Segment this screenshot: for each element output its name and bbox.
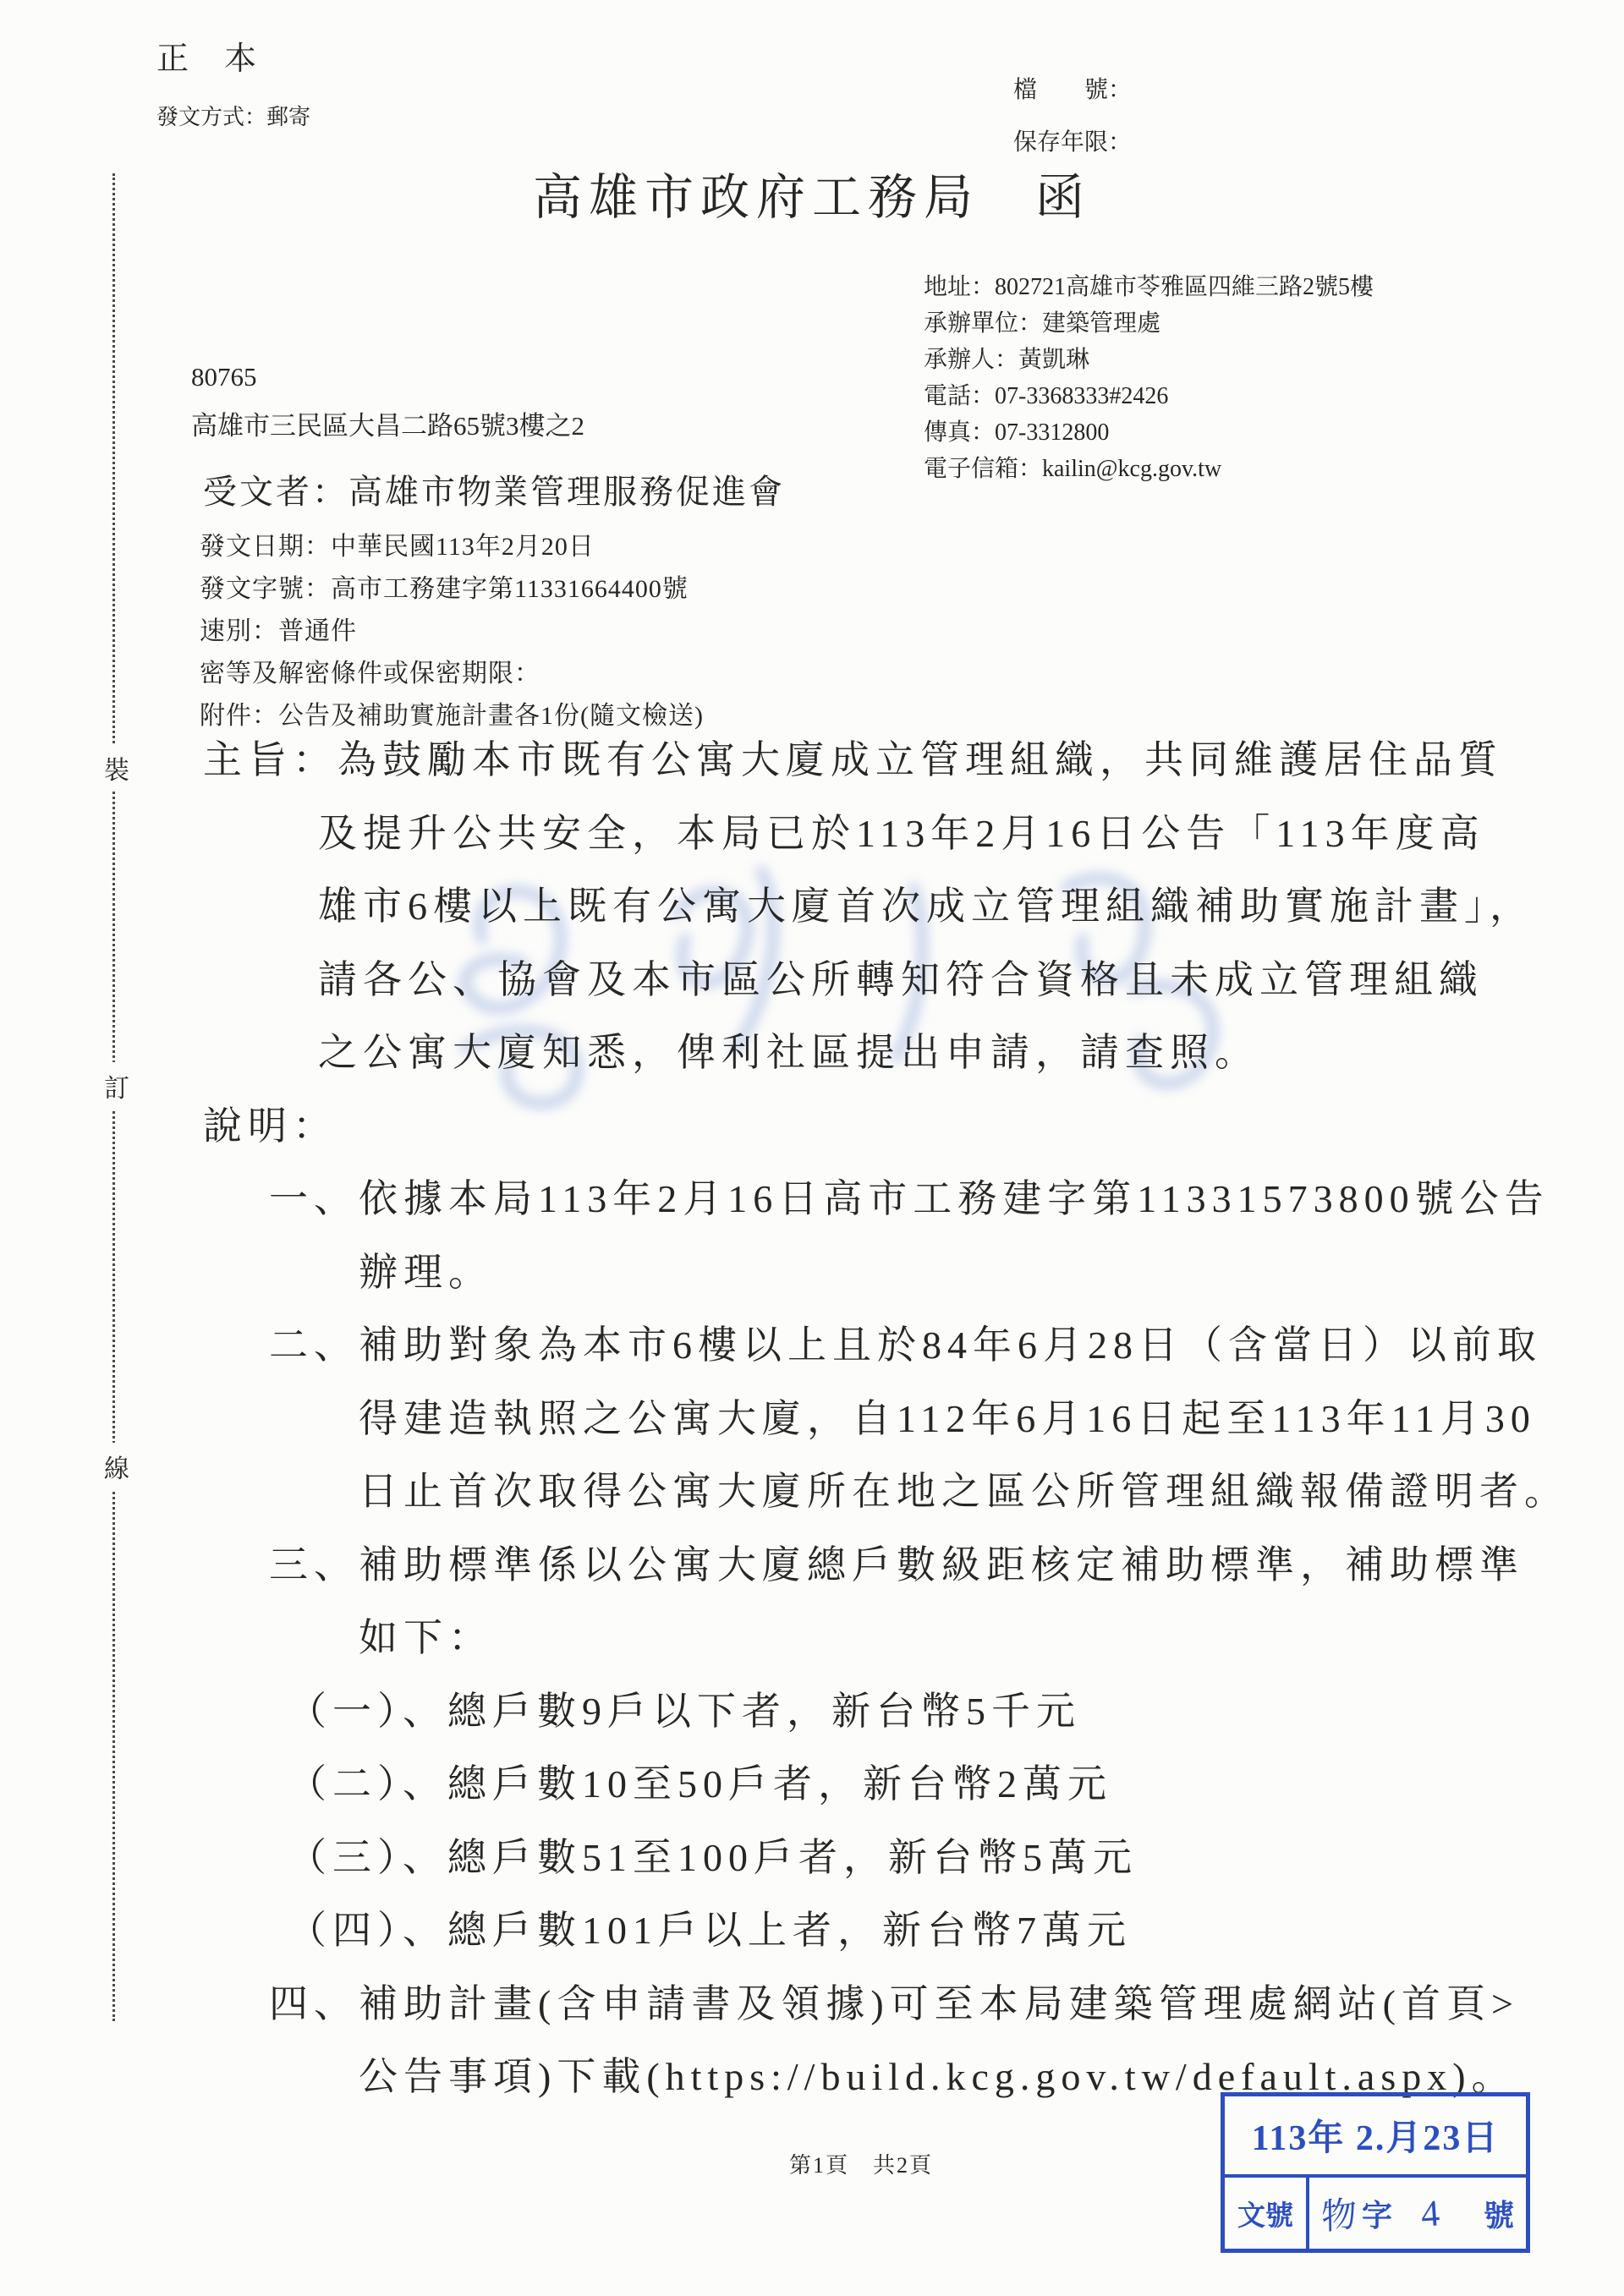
document-title: 高雄市政府工務局 函 [533,157,1091,228]
subject-line: 主旨：為鼓勵本市既有公寓大廈成立管理組織，共同維護居住品質 [0,724,1624,797]
subsidy-tier-2: （二）、總戶數10至50戶者，新台幣2萬元 [0,1748,1624,1822]
stamp-docno-value: 物 字 4 號 [1309,2178,1526,2249]
stamp-number: 4 [1419,2191,1441,2235]
issue-date: 發文日期：中華民國113年2月20日 [200,526,704,568]
retention-period-label: 保存年限： [1013,123,1132,157]
received-date-stamp: 113年 2.月23日 文號 物 字 4 號 [1221,2092,1530,2253]
stamp-date: 113年 2.月23日 [1225,2096,1526,2178]
page-number: 第1頁 共2頁 [789,2148,933,2179]
stamp-docno-label: 文號 [1225,2178,1309,2249]
sender-fax: 傳真：07-3312800 [924,414,1374,451]
explanation-item-3: 三、補助標準係以公寓大廈總戶數級距核定補助標準，補助標準 [0,1529,1624,1603]
explanation-item-4: 四、補助計畫(含申請書及領據)可至本局建築管理處網站(首頁> [0,1968,1624,2041]
subject-line: 及提升公共安全，本局已於113年2月16日公告「113年度高 [0,797,1624,871]
stamp-suffix: 號 [1484,2192,1514,2235]
sender-email: 電子信箱：kailin@kcg.gov.tw [924,451,1374,487]
sender-contact-block: 地址：802721高雄市苓雅區四維三路2號5樓 承辦單位：建築管理處 承辦人：黃… [924,269,1374,487]
document-page: 裝 訂 線 正 本 發文方式：郵寄 檔 號： 保存年限： 高雄市政府工務局 函 … [0,0,1624,2296]
explanation-item-2: 日止首次取得公寓大廈所在地之區公所管理組織報備證明者。 [0,1455,1624,1529]
copy-type-label: 正 本 [156,32,258,79]
explanation-item-3: 如下： [0,1602,1624,1675]
explanation-item-1: 辦理。 [0,1236,1624,1310]
explanation-item-2: 二、補助對象為本市6樓以上且於84年6月28日（含當日）以前取 [0,1309,1624,1383]
letter-body: 主旨：為鼓勵本市既有公寓大廈成立管理組織，共同維護居住品質 及提升公共安全，本局… [0,724,1624,2114]
recipient-zipcode: 80765 [191,362,257,392]
explanation-item-2: 得建造執照之公寓大廈，自112年6月16日起至113年11月30 [0,1383,1624,1456]
subject-line: 之公寓大廈知悉，俾利社區提出申請，請查照。 [0,1016,1624,1090]
document-meta-block: 發文日期：中華民國113年2月20日 發文字號：高市工務建字第113316644… [200,526,704,737]
subject-line: 雄市6樓以上既有公寓大廈首次成立管理組織補助實施計畫」， [0,870,1624,944]
subsidy-tier-4: （四）、總戶數101戶以上者，新台幣7萬元 [0,1894,1624,1968]
explanation-item-1: 一、依據本局113年2月16日高市工務建字第11331573800號公告 [0,1163,1624,1236]
speed-class: 速別：普通件 [200,611,704,653]
sender-address: 地址：802721高雄市苓雅區四維三路2號5樓 [924,269,1374,305]
sender-phone: 電話：07-3368333#2426 [924,378,1374,414]
sender-unit: 承辦單位：建築管理處 [924,305,1374,342]
delivery-method: 發文方式：郵寄 [156,100,310,131]
subject-line: 請各公、協會及本市區公所轉知符合資格且未成立管理組織 [0,944,1624,1017]
security-class: 密等及解密條件或保密期限： [200,653,704,695]
stamp-series-hand: 物 [1321,2185,1358,2240]
explanation-header: 說明： [0,1090,1624,1164]
issue-number: 發文字號：高市工務建字第11331664400號 [200,568,704,611]
subsidy-tier-3: （三）、總戶數51至100戶者，新台幣5萬元 [0,1822,1624,1895]
sender-contact-person: 承辦人：黃凱琳 [924,342,1374,378]
file-number-label: 檔 號： [1013,71,1132,105]
stamp-series-rest: 字 [1362,2192,1392,2235]
recipient-line: 受文者：高雄市物業管理服務促進會 [203,465,785,513]
subsidy-tier-1: （一）、總戶數9戶以下者，新台幣5千元 [0,1675,1624,1749]
recipient-street-address: 高雄市三民區大昌二路65號3樓之2 [191,404,584,442]
